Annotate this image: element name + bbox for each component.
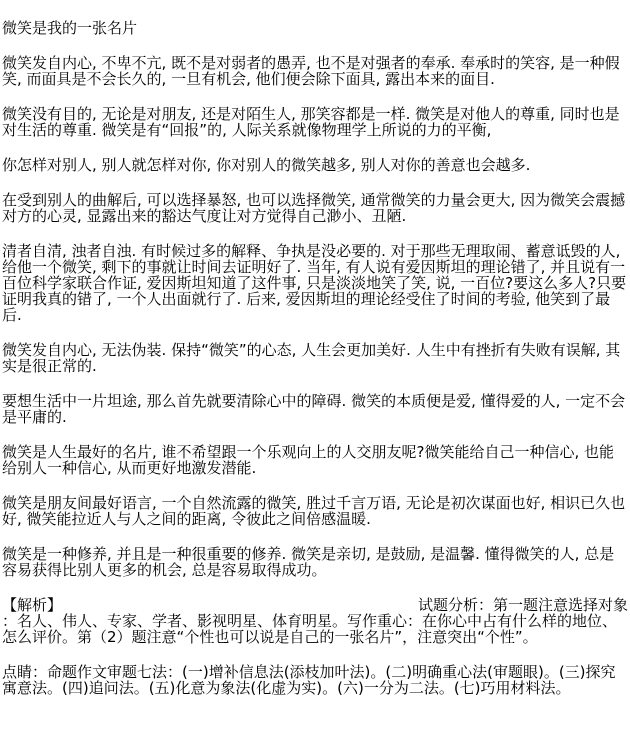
paragraph-treat-others: 你怎样对别人, 别人就怎样对你, 你对别人的微笑越多, 别人对你的善意也会越多. xyxy=(2,157,628,173)
document-title: 微笑是我的一张名片 xyxy=(2,20,628,36)
essay-document: 微笑是我的一张名片 微笑发自内心, 不卑不亢, 既不是对弱者的愚弄, 也不是对强… xyxy=(0,0,630,696)
analysis-section: 【解析】 试题分析：第一题注意选择对象 ：名人、伟人、专家、学者、影视明星、体育… xyxy=(2,597,628,645)
document-page: { "page": { "background": "#ffffff", "te… xyxy=(0,0,630,754)
analysis-intro: 试题分析：第一题注意选择对象 xyxy=(418,597,628,613)
analysis-body: ：名人、伟人、专家、学者、影视明星、体育明星。写作重心：在你心中占有什么样的地位… xyxy=(2,613,628,645)
paragraph-smile-no-purpose: 微笑没有目的, 无论是对朋友, 还是对陌生人, 那笑容都是一样. 微笑是对他人的… xyxy=(2,106,628,138)
analysis-label: 【解析】 xyxy=(2,597,62,613)
tips-paragraph: 点睛：命题作文审题七法：(一)增补信息法(添枝加叶法)。(二)明确重心法(审题眼… xyxy=(2,664,628,696)
paragraph-clear-obstacles: 要想生活中一片坦途, 那么首先就要清除心中的障碍. 微笑的本质便是爱, 懂得爱的… xyxy=(2,393,628,425)
paragraph-smile-from-heart: 微笑发自内心, 不卑不亢, 既不是对弱者的愚弄, 也不是对强者的奉承. 奉承时的… xyxy=(2,55,628,87)
paragraph-best-business-card: 微笑是人生最好的名片, 谁不希望跟一个乐观向上的人交朋友呢?微笑能给自己一种信心… xyxy=(2,444,628,476)
analysis-header-line: 【解析】 试题分析：第一题注意选择对象 xyxy=(2,597,628,613)
paragraph-best-language: 微笑是朋友间最好语言, 一个自然流露的微笑, 胜过千言万语, 无论是初次谋面也好… xyxy=(2,495,628,527)
paragraph-misunderstood-choice: 在受到别人的曲解后, 可以选择暴怒, 也可以选择微笑, 通常微笑的力量会更大, … xyxy=(2,192,628,224)
paragraph-cannot-fake: 微笑发自内心, 无法伪装. 保持“微笑”的心态, 人生会更加美好. 人生中有挫折… xyxy=(2,342,628,374)
paragraph-cultivation: 微笑是一种修养, 并且是一种很重要的修养. 微笑是亲切, 是鼓励, 是温馨. 懂… xyxy=(2,546,628,578)
paragraph-einstein-story: 清者自清, 浊者自浊. 有时候过多的解释、争执是没必要的. 对于那些无理取闹、蓄… xyxy=(2,243,628,323)
